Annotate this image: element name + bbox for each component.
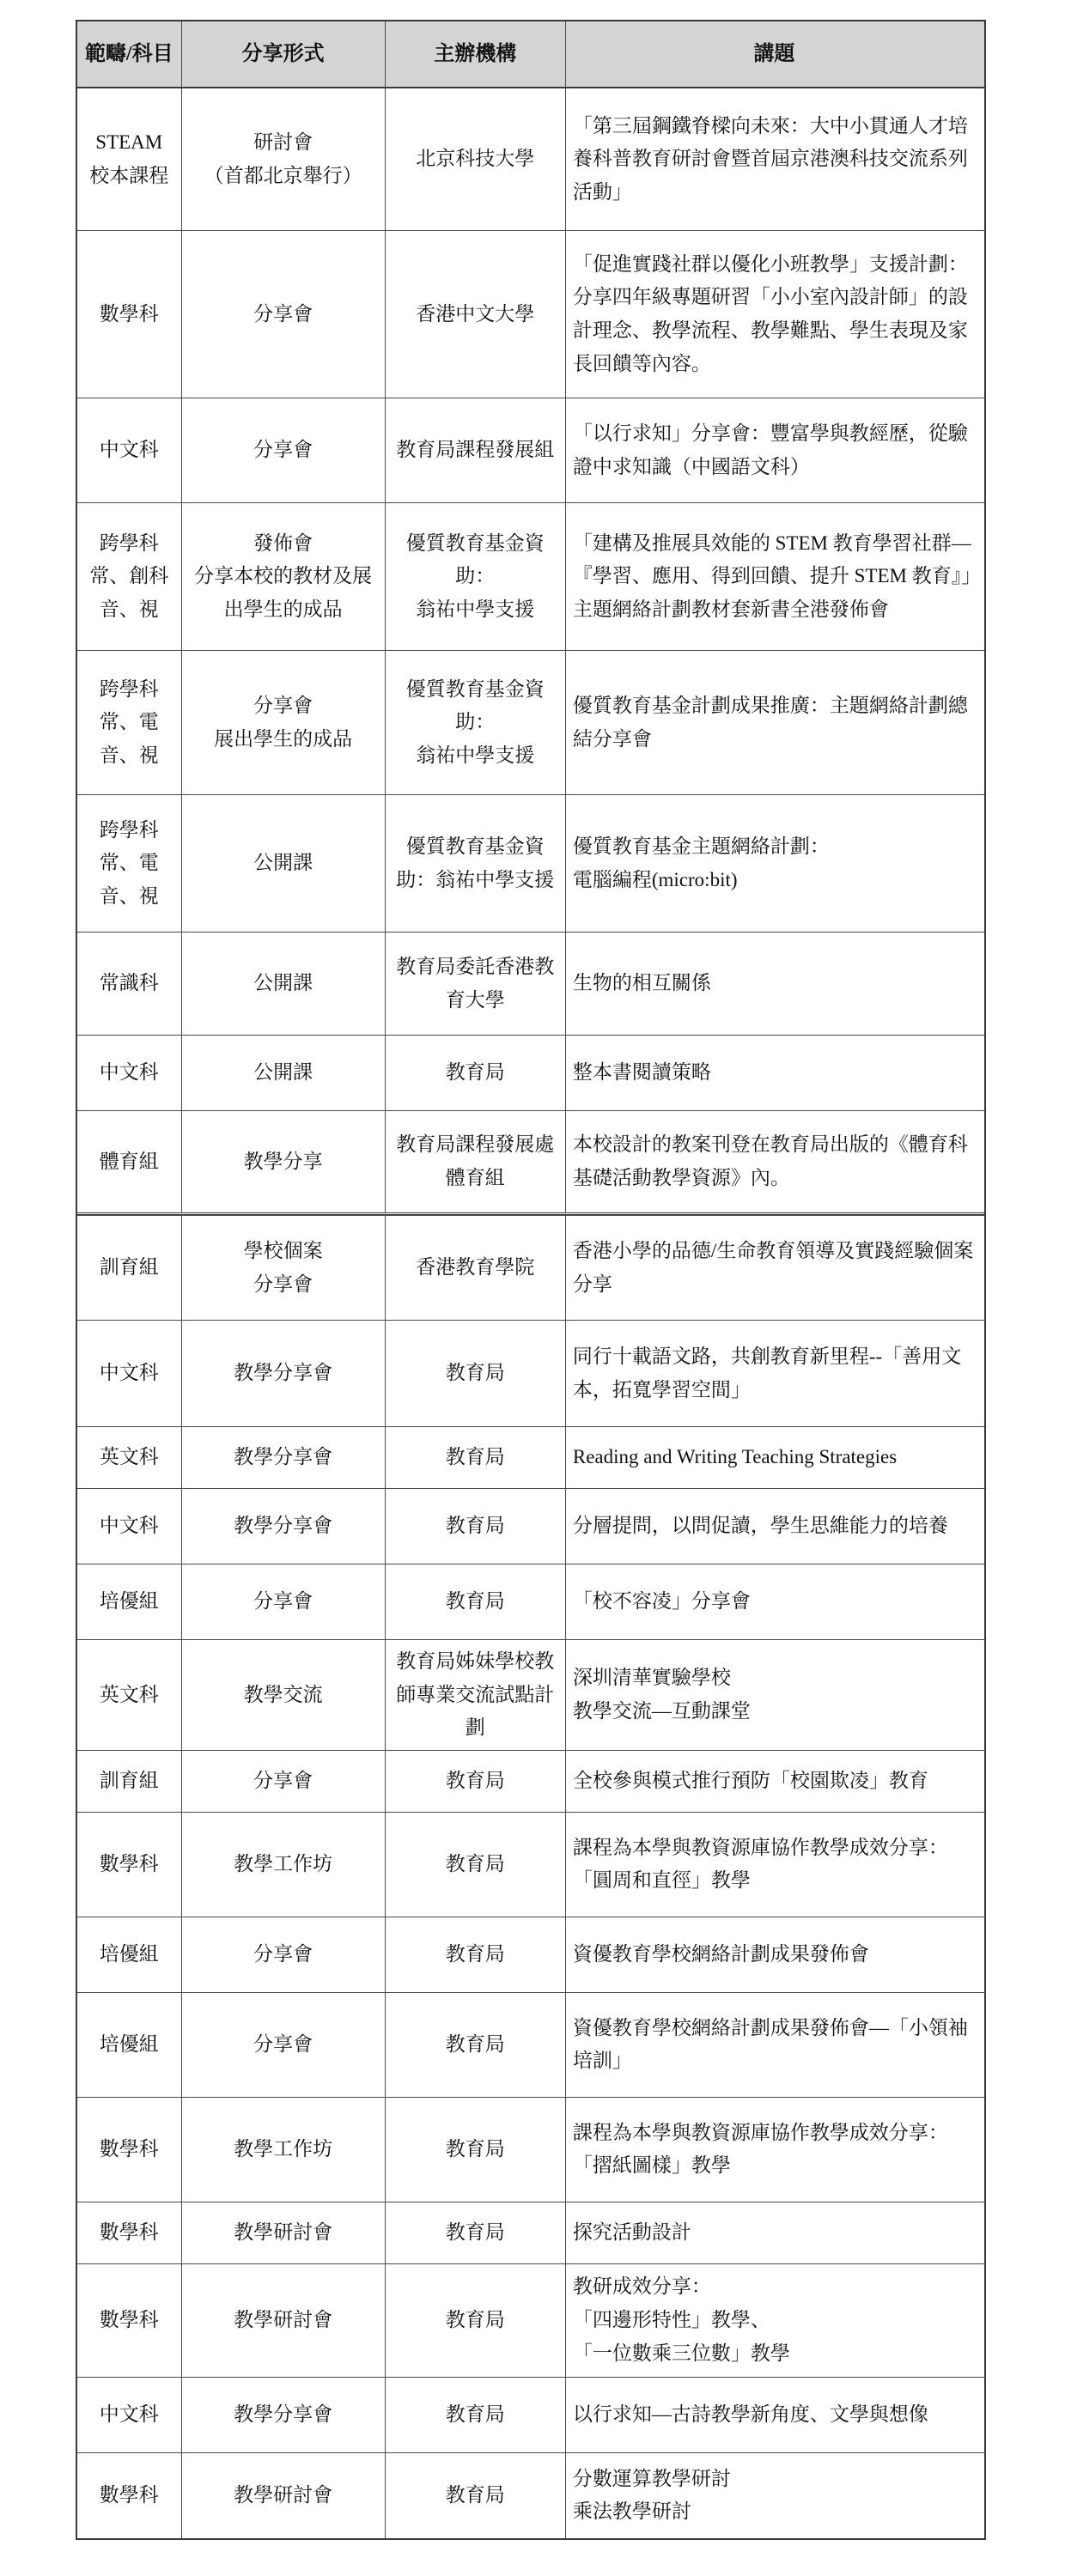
cell-category: 培優組	[77, 1564, 181, 1639]
cell-organizer: 教育局	[385, 1427, 565, 1488]
table-row: 中文科教學分享會教育局以行求知—古詩教學新角度、文學與想像	[77, 2377, 984, 2452]
cell-topic: 同行十載語文路，共創教育新里程--「善用文本，拓寬學習空間」	[565, 1321, 984, 1426]
cell-format: 教學分享	[181, 1111, 385, 1212]
cell-organizer: 香港教育學院	[385, 1216, 565, 1320]
cell-format: 教學工作坊	[181, 2098, 385, 2202]
cell-organizer: 教育局	[385, 1564, 565, 1639]
header-organizer: 主辦機構	[385, 21, 565, 87]
table-row: 中文科分享會教育局課程發展組「以行求知」分享會：豐富學與教經歷，從驗證中求知識（…	[77, 398, 984, 502]
cell-category: 跨學科 常、電 音、視	[77, 651, 181, 794]
cell-topic: 「校不容凌」分享會	[565, 1564, 984, 1639]
cell-category: 中文科	[77, 2378, 181, 2452]
cell-topic: 全校參與模式推行預防「校園欺凌」教育	[565, 1751, 984, 1812]
cell-organizer: 教育局	[385, 2098, 565, 2202]
cell-format: 分享會	[181, 1917, 385, 1992]
cell-organizer: 香港中文大學	[385, 231, 565, 398]
cell-organizer: 優質教育基金資助： 翁祐中學支援	[385, 503, 565, 650]
table-row: 中文科公開課教育局整本書閱讀策略	[77, 1035, 984, 1110]
cell-organizer: 教育局	[385, 1751, 565, 1812]
cell-topic: 探究活動設計	[565, 2202, 984, 2263]
cell-organizer: 優質教育基金資助： 翁祐中學支援	[385, 651, 565, 794]
cell-format: 分享會	[181, 1993, 385, 2097]
cell-topic: Reading and Writing Teaching Strategies	[565, 1427, 984, 1488]
table-row: 跨學科 常、創科 音、視發佈會 分享本校的教材及展出學生的成品優質教育基金資助：…	[77, 502, 984, 650]
cell-category: STEAM 校本課程	[77, 88, 181, 230]
cell-category: 中文科	[77, 1036, 181, 1110]
cell-format: 分享會 展出學生的成品	[181, 651, 385, 794]
cell-category: 英文科	[77, 1427, 181, 1488]
cell-format: 教學研討會	[181, 2453, 385, 2538]
table-row: 英文科教學分享會教育局Reading and Writing Teaching …	[77, 1426, 984, 1488]
cell-topic: 生物的相互關係	[565, 933, 984, 1035]
cell-category: 訓育組	[77, 1216, 181, 1320]
table-row: 數學科教學研討會教育局教研成效分享： 「四邊形特性」教學、 「一位數乘三位數」教…	[77, 2263, 984, 2377]
cell-category: 英文科	[77, 1640, 181, 1750]
table-row: 數學科教學工作坊教育局課程為本學與教資源庫協作教學成效分享：「圓周和直徑」教學	[77, 1812, 984, 1917]
cell-topic: 課程為本學與教資源庫協作教學成效分享：「圓周和直徑」教學	[565, 1813, 984, 1917]
table-row: 培優組分享會教育局資優教育學校網絡計劃成果發佈會	[77, 1917, 984, 1992]
cell-organizer: 教育局	[385, 1813, 565, 1917]
table-row: 數學科教學工作坊教育局課程為本學與教資源庫協作教學成效分享：「摺紙圖樣」教學	[77, 2097, 984, 2202]
table-row: 英文科教學交流教育局姊妹學校教師專業交流試點計劃深圳清華實驗學校 教學交流—互動…	[77, 1639, 984, 1750]
cell-category: 數學科	[77, 2202, 181, 2263]
cell-topic: 「第三屆鋼鐵脊樑向未來：大中小貫通人才培養科普教育研討會暨首屆京港澳科技交流系列…	[565, 88, 984, 230]
cell-format: 學校個案 分享會	[181, 1216, 385, 1320]
cell-topic: 「建構及推展具效能的 STEM 教育學習社群—『學習、應用、得到回饋、提升 ST…	[565, 503, 984, 650]
cell-topic: 本校設計的教案刊登在教育局出版的《體育科基礎活動教學資源》內。	[565, 1111, 984, 1212]
cell-topic: 資優教育學校網絡計劃成果發佈會	[565, 1917, 984, 1992]
table-row: 中文科教學分享會教育局同行十載語文路，共創教育新里程--「善用文本，拓寬學習空間…	[77, 1320, 984, 1426]
cell-category: 數學科	[77, 2453, 181, 2538]
cell-category: 跨學科 常、電 音、視	[77, 795, 181, 932]
cell-category: 數學科	[77, 2098, 181, 2202]
cell-category: 體育組	[77, 1111, 181, 1212]
cell-organizer: 教育局	[385, 2378, 565, 2452]
cell-organizer: 教育局	[385, 1993, 565, 2097]
document-page: 範疇/科目 分享形式 主辦機構 講題 STEAM 校本課程研討會 （首都北京舉行…	[0, 0, 1065, 2576]
cell-organizer: 教育局	[385, 2453, 565, 2538]
cell-organizer: 教育局	[385, 1489, 565, 1564]
cell-organizer: 教育局	[385, 1321, 565, 1426]
schedule-table: 範疇/科目 分享形式 主辦機構 講題 STEAM 校本課程研討會 （首都北京舉行…	[76, 20, 986, 2540]
table-header-row: 範疇/科目 分享形式 主辦機構 講題	[77, 21, 984, 88]
cell-format: 教學工作坊	[181, 1813, 385, 1917]
cell-category: 數學科	[77, 231, 181, 398]
table-row: 數學科教學研討會教育局探究活動設計	[77, 2202, 984, 2263]
cell-organizer: 教育局委託香港教育大學	[385, 933, 565, 1035]
cell-category: 培優組	[77, 1993, 181, 2097]
cell-organizer: 教育局	[385, 2202, 565, 2263]
header-category: 範疇/科目	[77, 21, 181, 87]
cell-topic: 課程為本學與教資源庫協作教學成效分享：「摺紙圖樣」教學	[565, 2098, 984, 2202]
header-format: 分享形式	[181, 21, 385, 87]
table-row: 訓育組學校個案 分享會香港教育學院香港小學的品德/生命教育領導及實踐經驗個案分享	[77, 1215, 984, 1320]
cell-organizer: 教育局	[385, 2264, 565, 2377]
cell-format: 公開課	[181, 795, 385, 932]
header-topic: 講題	[565, 21, 984, 87]
cell-format: 分享會	[181, 231, 385, 398]
table-row: 數學科教學研討會教育局分數運算教學研討 乘法教學研討	[77, 2452, 984, 2538]
cell-topic: 教研成效分享： 「四邊形特性」教學、 「一位數乘三位數」教學	[565, 2264, 984, 2377]
table-row: 跨學科 常、電 音、視公開課優質教育基金資助：翁祐中學支援優質教育基金主題網絡計…	[77, 794, 984, 932]
cell-organizer: 北京科技大學	[385, 88, 565, 230]
cell-topic: 資優教育學校網絡計劃成果發佈會—「小領袖培訓」	[565, 1993, 984, 2097]
cell-topic: 分數運算教學研討 乘法教學研討	[565, 2453, 984, 2538]
cell-topic: 深圳清華實驗學校 教學交流—互動課堂	[565, 1640, 984, 1750]
cell-format: 教學分享會	[181, 1321, 385, 1426]
cell-organizer: 教育局課程發展處體育組	[385, 1111, 565, 1212]
table-row: 訓育組分享會教育局全校參與模式推行預防「校園欺凌」教育	[77, 1750, 984, 1812]
table-row: 培優組分享會教育局資優教育學校網絡計劃成果發佈會—「小領袖培訓」	[77, 1992, 984, 2097]
cell-organizer: 教育局	[385, 1917, 565, 1992]
cell-category: 跨學科 常、創科 音、視	[77, 503, 181, 650]
cell-format: 公開課	[181, 933, 385, 1035]
cell-format: 研討會 （首都北京舉行）	[181, 88, 385, 230]
cell-topic: 優質教育基金計劃成果推廣：主題網絡計劃總結分享會	[565, 651, 984, 794]
cell-format: 公開課	[181, 1036, 385, 1110]
cell-format: 分享會	[181, 1751, 385, 1812]
cell-organizer: 優質教育基金資助：翁祐中學支援	[385, 795, 565, 932]
cell-organizer: 教育局	[385, 1036, 565, 1110]
cell-format: 發佈會 分享本校的教材及展出學生的成品	[181, 503, 385, 650]
cell-format: 教學分享會	[181, 1427, 385, 1488]
table-row: 體育組教學分享教育局課程發展處體育組本校設計的教案刊登在教育局出版的《體育科基礎…	[77, 1110, 984, 1215]
cell-format: 教學研討會	[181, 2202, 385, 2263]
table-row: 中文科教學分享會教育局分層提問，以問促讀，學生思維能力的培養	[77, 1488, 984, 1564]
cell-topic: 「以行求知」分享會：豐富學與教經歷，從驗證中求知識（中國語文科）	[565, 398, 984, 502]
cell-topic: 整本書閱讀策略	[565, 1036, 984, 1110]
cell-category: 中文科	[77, 1489, 181, 1564]
table-body: STEAM 校本課程研討會 （首都北京舉行）北京科技大學「第三屆鋼鐵脊樑向未來：…	[77, 88, 984, 2538]
cell-category: 中文科	[77, 398, 181, 502]
cell-organizer: 教育局課程發展組	[385, 398, 565, 502]
table-row: STEAM 校本課程研討會 （首都北京舉行）北京科技大學「第三屆鋼鐵脊樑向未來：…	[77, 88, 984, 230]
cell-organizer: 教育局姊妹學校教師專業交流試點計劃	[385, 1640, 565, 1750]
cell-topic: 優質教育基金主題網絡計劃： 電腦編程(micro:bit)	[565, 795, 984, 932]
cell-category: 數學科	[77, 1813, 181, 1917]
table-row: 常識科公開課教育局委託香港教育大學生物的相互關係	[77, 932, 984, 1035]
cell-format: 教學研討會	[181, 2264, 385, 2377]
cell-topic: 分層提問，以問促讀，學生思維能力的培養	[565, 1489, 984, 1564]
cell-category: 數學科	[77, 2264, 181, 2377]
cell-topic: 以行求知—古詩教學新角度、文學與想像	[565, 2378, 984, 2452]
cell-format: 教學交流	[181, 1640, 385, 1750]
cell-format: 分享會	[181, 1564, 385, 1639]
cell-format: 教學分享會	[181, 2378, 385, 2452]
cell-category: 訓育組	[77, 1751, 181, 1812]
cell-category: 常識科	[77, 933, 181, 1035]
cell-topic: 「促進實踐社群以優化小班教學」支援計劃：分享四年級專題研習「小小室內設計師」的設…	[565, 231, 984, 398]
cell-format: 教學分享會	[181, 1489, 385, 1564]
table-row: 跨學科 常、電 音、視分享會 展出學生的成品優質教育基金資助： 翁祐中學支援優質…	[77, 650, 984, 794]
cell-category: 培優組	[77, 1917, 181, 1992]
cell-category: 中文科	[77, 1321, 181, 1426]
cell-format: 分享會	[181, 398, 385, 502]
cell-topic: 香港小學的品德/生命教育領導及實踐經驗個案分享	[565, 1216, 984, 1320]
table-row: 培優組分享會教育局「校不容凌」分享會	[77, 1564, 984, 1639]
table-row: 數學科分享會香港中文大學「促進實踐社群以優化小班教學」支援計劃：分享四年級專題研…	[77, 230, 984, 398]
